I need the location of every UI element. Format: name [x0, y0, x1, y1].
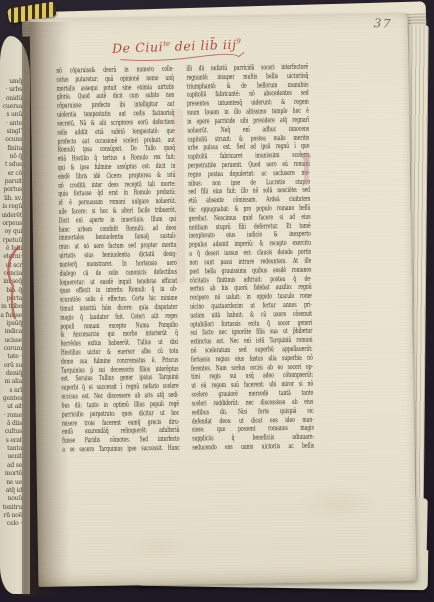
facing-text-fragment: s erat: [0, 437, 22, 445]
facing-text-fragment: nouū: [0, 495, 22, 503]
facing-text-fragment: ucisse: [0, 337, 22, 345]
text-column-right: illi dii nefariū parricidā soceri interf…: [186, 63, 314, 453]
rubric-flourish-mark: [2, 244, 24, 322]
text-column-left: nō cōparuiss& deorū in numero collo·catu…: [56, 65, 179, 455]
facing-text-fragment: uiderēt: [0, 212, 22, 220]
folio-number: 37: [373, 16, 392, 31]
facing-text-fragment: rū noē: [0, 512, 22, 520]
text-line: a se socero Tarquinius ipse successit. H…: [62, 444, 180, 455]
facing-text-fragment: celo ·: [0, 520, 22, 528]
book-page: De Ciuite dei lib̄ iij9 37 nō cōparuiss&…: [30, 13, 417, 587]
ink-bleed-mark: [173, 109, 186, 284]
facing-text-fragment: ne ue: [0, 479, 22, 487]
facing-text-fragment: uenit: [0, 453, 22, 461]
facing-text-fragment: singlʼ: [0, 128, 22, 136]
facing-text-fragment: · rome: [0, 412, 22, 420]
facing-text-fragment: tanta: [0, 445, 22, 453]
facing-text-fragment: tonitru: [0, 504, 22, 512]
facing-text-fragment: atq̄ id: [0, 487, 22, 495]
facing-text-fragment: finita: [0, 145, 22, 153]
facing-text-fragment: mortē: [0, 470, 22, 478]
facing-text-fragment: corum: [0, 345, 22, 353]
facing-text-fragment: ad se: [0, 462, 22, 470]
facing-text-fragment: er cō: [0, 170, 22, 178]
facing-text-fragment: tate ·: [0, 353, 22, 361]
facing-text-fragment: indica: [0, 328, 22, 336]
facing-text-fragment: gentes: [0, 395, 22, 403]
facing-text-fragment: nō q̄: [0, 153, 22, 161]
facing-text-fragment: t sdus: [0, 161, 22, 169]
facing-text-fragment: orū su: [0, 362, 22, 370]
facing-text-fragment: oy qui: [0, 228, 22, 236]
facing-page-edge: umq̄· urbsonidūcuersas unū· antesinglʼoc…: [0, 36, 30, 594]
text-line: seducendo eos uanis uictoriis ac bellis: [192, 442, 314, 453]
facing-text-fragment: paruit: [0, 178, 22, 186]
facing-text-fragment: orpeus: [0, 220, 22, 228]
facing-text-fragment: m alia: [0, 378, 22, 386]
facing-text-fragment: onidū: [0, 95, 22, 103]
running-head-superscript: 9: [236, 37, 241, 45]
facing-text-fragment: is regū: [0, 203, 22, 211]
facing-text-fragment: ā diis: [0, 420, 22, 428]
facing-text-fragment: · ante: [0, 120, 22, 128]
facing-text-fragment: deniq̄: [0, 370, 22, 378]
facing-text-fragment: s unū: [0, 111, 22, 119]
facing-text-fragment: s nrī: [0, 387, 22, 395]
facing-text-fragment: ocuns: [0, 136, 22, 144]
facing-text-fragment: lib. xv.: [0, 195, 22, 203]
facing-text-fragment: ut ait: [0, 403, 22, 411]
running-head: De Ciuite dei lib̄ iij9: [112, 37, 241, 56]
facing-text-fragment: umq̄: [0, 78, 22, 86]
rubric-paragraph-mark: [304, 155, 309, 185]
facing-text-fragment: cultus: [0, 428, 22, 436]
facing-text-fragment: portus: [0, 186, 22, 194]
book-photo: umq̄· urbsonidūcuersas unū· antesinglʼoc…: [0, 0, 434, 602]
facing-text-fragment: cuersa: [0, 103, 22, 111]
facing-text-fragment: · urbs: [0, 86, 22, 94]
